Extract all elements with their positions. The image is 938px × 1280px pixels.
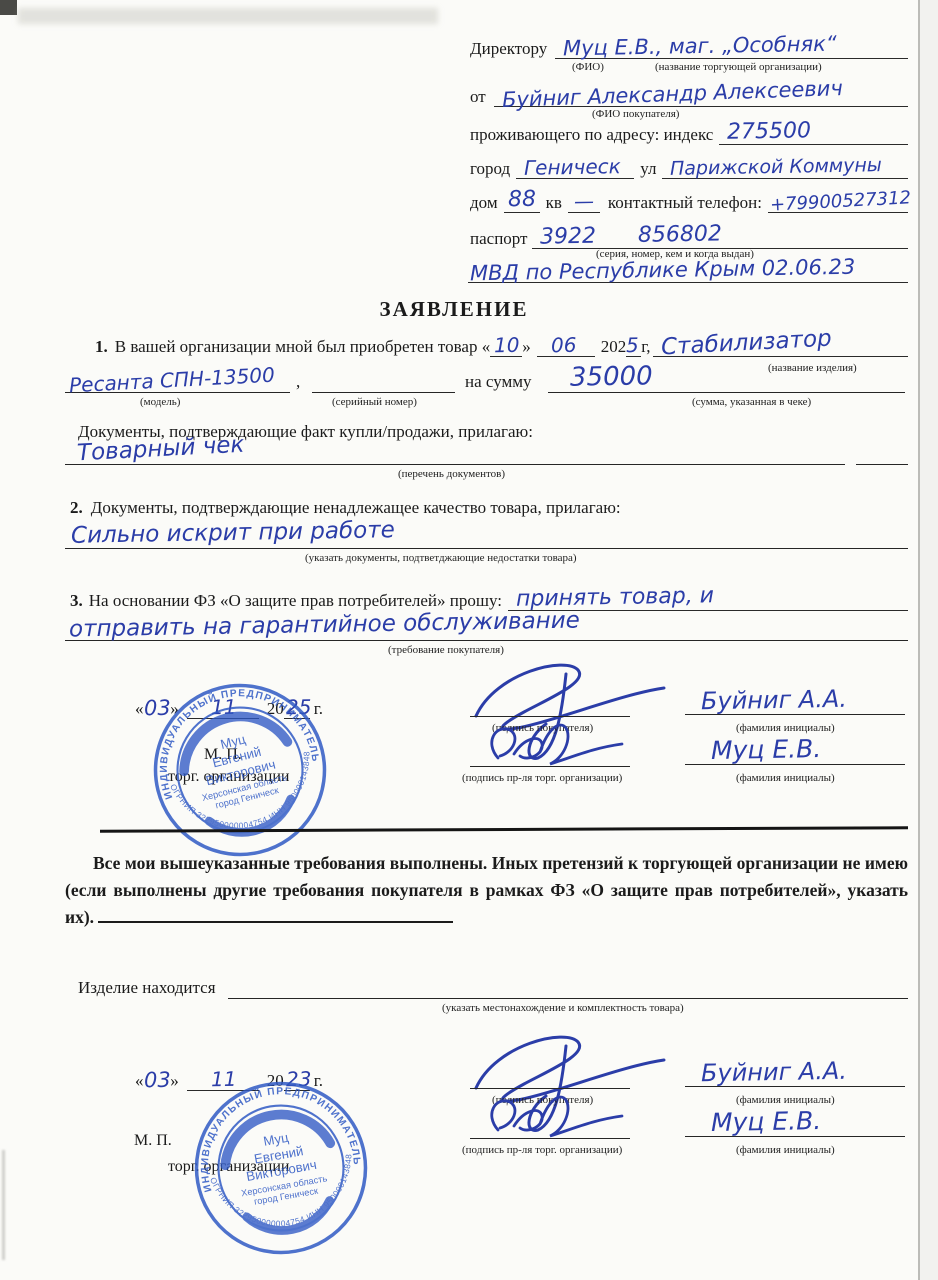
docs-line-short [856, 436, 908, 465]
s3-number: 3. [70, 591, 83, 611]
sig2-seller-line [470, 1114, 630, 1139]
from-line: Буйниг Александр Алексеевич [494, 80, 908, 107]
scan-left-artifact [2, 1150, 5, 1260]
passport-label: паспорт [470, 229, 528, 249]
city-line: Геническ [516, 152, 634, 179]
apt-value-handwritten: — [574, 191, 594, 211]
index-line: 275500 [719, 120, 908, 145]
from-label: от [470, 87, 486, 107]
sig2-quote-close: » [170, 1071, 179, 1091]
sig2-mp-label: М. П. [134, 1132, 172, 1150]
model-handwritten: Ресанта СПН-13500 [69, 365, 276, 396]
s1-month-handwritten: 06 [551, 335, 577, 355]
buyer-fio-caption: (ФИО покупателя) [592, 108, 679, 120]
s1-year-printed: 202 [601, 337, 627, 357]
issued-value-handwritten: МВД по Республике Крым 02.06.23 [470, 257, 856, 285]
scanned-claim-form: Директору Муц Е.В., маг. „Особняк“ (ФИО)… [0, 0, 938, 1280]
serial-caption: (серийный номер) [332, 396, 417, 408]
fio-caption: (ФИО) [572, 61, 604, 73]
s1-text: В вашей организации мной был приобретен … [115, 337, 490, 357]
s2-caption: (указать документы, подтветджающие недос… [305, 552, 577, 564]
s1-year-line: 5 [626, 332, 641, 357]
sig2-buyer-line [470, 1064, 630, 1089]
s1-day-handwritten: 10 [494, 335, 520, 355]
sig1-seller-name-line: Муц Е.В. [685, 740, 905, 765]
sum-handwritten: 35000 [570, 363, 653, 390]
from-value-handwritten: Буйниг Александр Алексеевич [501, 78, 842, 111]
to-value-handwritten: Муц Е.В., маг. „Особняк“ [563, 34, 837, 60]
s2-line-fill: Сильно искрит при работе [65, 518, 908, 549]
scan-corner-artifact [0, 0, 17, 15]
model-caption: (модель) [140, 396, 180, 408]
sig2-quote-open: « [135, 1071, 144, 1091]
passport-line: 3922 856802 [532, 220, 909, 249]
s1-month-line: 06 [537, 332, 595, 357]
house-label: дом [470, 193, 498, 213]
sig1-buyer-name-line: Буйниг А.А. [685, 690, 905, 715]
closing-paragraph: Все мои вышеуказанные требования выполне… [65, 850, 908, 931]
s1-year-handwritten: 5 [626, 335, 639, 355]
sig1-buyer-line [470, 692, 630, 717]
s2-line: 2. Документы, подтверждающие ненадлежаще… [70, 498, 621, 518]
sig1-seller-caption: (подпись пр-ля торг. организации) [462, 772, 622, 784]
s3-text: На основании ФЗ «О защите прав потребите… [89, 591, 502, 611]
from-row: от Буйниг Александр Алексеевич [470, 80, 908, 107]
s1-quote-close: » [522, 337, 531, 357]
s2-number: 2. [70, 498, 83, 518]
to-label: Директору [470, 39, 547, 59]
passport-value-handwritten: 3922 856802 [539, 223, 721, 248]
sig2-buyer-name-caption: (фамилия инициалы) [736, 1094, 835, 1106]
s3-line1: 3. На основании ФЗ «О защите прав потреб… [70, 582, 908, 611]
sig1-seller-name-caption: (фамилия инициалы) [736, 772, 835, 784]
scan-edge [920, 0, 938, 1280]
house-value-handwritten: 88 [507, 189, 535, 211]
index-value-handwritten: 275500 [727, 120, 811, 143]
sig1-seller-name-handwritten: Муц Е.В. [711, 736, 822, 763]
sig2-seller-name-line: Муц Е.В. [685, 1112, 905, 1137]
serial-line [312, 368, 455, 393]
location-caption: (указать местонахождение и комплектность… [442, 1002, 684, 1014]
issued-line: МВД по Республике Крым 02.06.23 [468, 252, 908, 283]
s1-product-line: Стабилизатор [653, 330, 908, 357]
issued-row: МВД по Республике Крым 02.06.23 [468, 252, 908, 283]
address-row: проживающего по адресу: индекс 275500 [470, 120, 908, 145]
street-line: Парижской Коммуны [662, 152, 908, 179]
s2-text: Документы, подтверждающие ненадлежащее к… [91, 498, 621, 518]
round-stamp: ИНДИВИДУАЛЬНЫЙ ПРЕДПРИНИМАТЕЛЬ ОГРНИП 32… [179, 1066, 383, 1270]
s1-comma: , [296, 372, 300, 392]
sum-line: 35000 [548, 364, 905, 393]
sig2-buyer-name-handwritten: Буйниг А.А. [701, 1059, 847, 1086]
s3-line1-fill: принять товар, и [508, 582, 908, 611]
apt-label: кв [546, 193, 562, 213]
house-phone-row: дом 88 кв — контактный телефон: +7990052… [470, 186, 908, 213]
location-label: Изделие находится [78, 978, 216, 998]
model-line: Ресанта СПН-13500 [65, 368, 290, 393]
scan-smudge [18, 8, 438, 24]
passport-row: паспорт 3922 856802 [470, 220, 908, 249]
sig1-buyer-name-handwritten: Буйниг А.А. [701, 687, 847, 714]
sig1-seller-line [470, 742, 630, 767]
city-value-handwritten: Геническ [524, 156, 621, 178]
org-name-caption: (название торгующей организации) [655, 61, 822, 73]
s1-line1: 1. В вашей организации мной был приобрет… [95, 330, 908, 357]
s3-handwritten-2: отправить на гарантийное обслуживание [69, 610, 580, 642]
house-line: 88 [504, 186, 540, 213]
apt-line: — [568, 186, 600, 213]
closing-blank-line [98, 921, 453, 923]
city-street-row: город Геническ ул Парижской Коммуны [470, 152, 908, 179]
scan-edge-line [918, 0, 920, 1280]
to-row: Директору Муц Е.В., маг. „Особняк“ [470, 34, 908, 59]
page-title: ЗАЯВЛЕНИЕ [0, 297, 908, 322]
address-label: проживающего по адресу: индекс [470, 125, 713, 145]
sig2-day-handwritten: 03 [143, 1070, 170, 1091]
phone-line: +79900527312 [768, 186, 908, 213]
docs-line: Товарный чек [65, 436, 845, 465]
phone-label: контактный телефон: [608, 193, 762, 213]
s1-g-label: г, [641, 337, 650, 357]
closing-text: Все мои вышеуказанные требования выполне… [65, 853, 908, 927]
sig2-seller-name-caption: (фамилия инициалы) [736, 1144, 835, 1156]
to-line: Муц Е.В., маг. „Особняк“ [555, 34, 908, 59]
sum-caption: (сумма, указанная в чеке) [692, 396, 811, 408]
street-value-handwritten: Парижской Коммуны [670, 156, 882, 179]
sig2-seller-caption: (подпись пр-ля торг. организации) [462, 1144, 622, 1156]
sig2-buyer-name-line: Буйниг А.А. [685, 1062, 905, 1087]
city-label: город [470, 159, 510, 179]
s1-product-handwritten: Стабилизатор [660, 328, 832, 360]
s1-number: 1. [95, 337, 108, 357]
s1-day-line: 10 [490, 332, 522, 357]
sig2-seller-name-handwritten: Муц Е.В. [711, 1108, 822, 1135]
sig1-buyer-name-caption: (фамилия инициалы) [736, 722, 835, 734]
docs-handwritten: Товарный чек [77, 434, 245, 466]
sum-label: на сумму [465, 372, 532, 392]
location-line [228, 974, 908, 999]
s2-handwritten: Сильно искрит при работе [71, 519, 395, 548]
s3-line2-fill: отправить на гарантийное обслуживание [65, 610, 908, 641]
phone-value-handwritten: +79900527312 [770, 189, 912, 214]
docs-caption: (перечень документов) [398, 468, 505, 480]
s3-handwritten-1: принять товар, и [516, 585, 714, 610]
street-label: ул [640, 159, 656, 179]
